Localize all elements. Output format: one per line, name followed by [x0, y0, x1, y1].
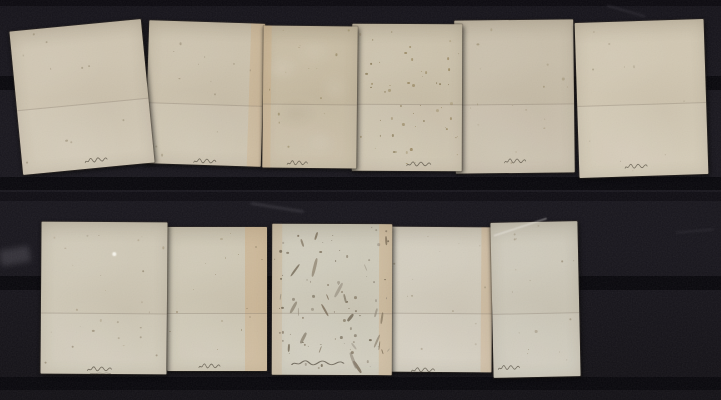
foxing-speck	[343, 294, 347, 303]
foxing-speck	[367, 360, 369, 362]
foxing-speck	[353, 341, 355, 343]
foxing-speck	[519, 332, 520, 333]
foxing-speck	[311, 258, 318, 277]
foxing-speck	[374, 308, 378, 317]
foxing-speck	[283, 242, 285, 244]
foxing-speck	[22, 55, 23, 56]
page-scratch	[250, 202, 304, 213]
foxing-speck	[44, 361, 46, 363]
foxing-speck	[385, 230, 387, 232]
foxing-speck	[335, 54, 337, 56]
foxing-speck	[458, 54, 459, 55]
foxing-speck	[441, 107, 442, 108]
foxing-speck	[348, 308, 350, 310]
page-scratch	[676, 228, 714, 233]
foxing-speck	[72, 346, 74, 348]
foxing-speck	[86, 235, 88, 237]
foxing-speck	[216, 131, 217, 132]
paper-shading	[262, 26, 357, 169]
foxing-speck	[45, 41, 47, 43]
foxing-speck	[366, 277, 367, 278]
foxing-speck	[346, 313, 354, 322]
foxing-speck	[320, 250, 322, 252]
pocket-film-line	[167, 313, 267, 371]
foxing-speck	[304, 363, 307, 366]
foxing-speck	[278, 122, 280, 124]
foxing-speck	[351, 342, 358, 350]
foxing-speck	[327, 284, 329, 286]
foxing-speck	[404, 52, 406, 54]
foxing-speck	[335, 338, 337, 340]
foxing-speck	[477, 43, 480, 46]
foxing-speck	[593, 31, 594, 32]
foxing-speck	[220, 238, 222, 240]
foxing-speck	[338, 284, 339, 285]
foxing-speck	[142, 271, 144, 273]
foxing-speck	[123, 345, 124, 346]
foxing-speck	[238, 254, 239, 255]
foxing-speck	[535, 330, 537, 332]
foxing-speck	[193, 289, 194, 290]
foxing-speck	[99, 235, 100, 236]
foxing-speck	[350, 327, 353, 330]
foxing-speck	[527, 353, 528, 354]
foxing-speck	[371, 83, 373, 85]
paper-shading	[40, 222, 167, 375]
foxing-speck	[407, 82, 410, 85]
foxing-speck	[88, 65, 90, 67]
foxing-speck	[423, 120, 425, 122]
foxing-speck	[282, 331, 284, 333]
foxing-speck	[269, 89, 270, 90]
foxing-speck	[544, 119, 545, 120]
foxing-speck	[141, 302, 143, 304]
foxing-speck	[515, 238, 516, 239]
foxing-speck	[624, 66, 625, 67]
pocket-film-line	[455, 103, 575, 173]
foxing-speck	[230, 233, 231, 234]
foxing-speck	[477, 104, 478, 105]
foxing-speck	[547, 64, 548, 65]
foxing-speck	[287, 252, 290, 255]
foxing-speck	[364, 264, 368, 271]
foxing-speck	[400, 105, 402, 107]
foxing-speck	[389, 89, 391, 91]
foxing-speck	[65, 139, 67, 141]
foxing-speck	[633, 66, 635, 68]
foxing-speck	[411, 148, 412, 149]
foxing-speck	[205, 263, 206, 264]
foxing-speck	[439, 251, 440, 252]
foxing-speck	[513, 234, 515, 236]
paper-shading	[454, 19, 575, 173]
foxing-speck	[122, 119, 124, 121]
foxing-speck	[161, 154, 163, 156]
foxing-speck	[307, 346, 308, 347]
foxing-speck	[402, 123, 405, 126]
foxing-speck	[665, 154, 666, 155]
foxing-speck	[249, 70, 251, 72]
foxing-speck	[92, 330, 94, 332]
foxing-speck	[457, 136, 458, 137]
pencil-expert-mark	[624, 160, 648, 173]
foxing-speck	[346, 256, 348, 258]
foxing-speck	[516, 151, 517, 152]
foxing-speck	[99, 319, 101, 321]
pocket-strip-edge	[0, 377, 721, 390]
foxing-speck	[373, 334, 381, 348]
foxing-speck	[620, 161, 622, 163]
foxing-speck	[407, 296, 408, 297]
foxing-speck	[76, 309, 77, 310]
foxing-speck	[302, 342, 303, 343]
pocket-film-line	[577, 102, 708, 178]
foxing-speck	[409, 46, 411, 48]
stockbook-photo	[0, 0, 721, 400]
foxing-speck	[287, 344, 290, 352]
paper-mottle	[262, 26, 357, 169]
foxing-speck	[312, 295, 315, 298]
foxing-speck	[512, 292, 513, 293]
foxing-speck	[393, 151, 395, 153]
pocket-film-line	[40, 313, 166, 375]
pencil-expert-mark	[290, 357, 346, 369]
foxing-speck	[332, 235, 333, 236]
foxing-speck	[355, 311, 357, 313]
foxing-speck	[449, 117, 452, 120]
paper-crease	[493, 217, 547, 236]
foxing-speck	[378, 243, 381, 246]
foxing-speck	[359, 33, 361, 35]
foxing-speck	[378, 341, 381, 350]
foxing-speck	[162, 247, 165, 250]
foxing-speck	[70, 141, 72, 143]
pencil-expert-mark	[286, 157, 308, 169]
foxing-speck	[214, 93, 216, 95]
foxing-speck	[300, 239, 304, 247]
foxing-speck	[320, 303, 329, 317]
foxing-speck	[320, 97, 322, 99]
foxing-speck	[372, 39, 374, 41]
foxing-speck	[373, 281, 375, 283]
foxing-speck	[279, 294, 281, 300]
foxing-speck	[82, 67, 84, 69]
foxing-speck	[573, 260, 574, 261]
stamp-back-bottom-1	[40, 222, 167, 375]
foxing-speck	[538, 225, 540, 227]
pencil-expert-mark	[504, 155, 527, 167]
foxing-speck	[589, 140, 590, 141]
foxing-speck	[512, 105, 513, 106]
foxing-speck	[411, 295, 413, 297]
foxing-speck	[392, 134, 395, 137]
pocket-film-line	[352, 104, 462, 171]
foxing-speck	[528, 349, 530, 351]
foxing-speck	[318, 367, 320, 369]
pencil-expert-mark	[497, 361, 520, 373]
foxing-speck	[346, 301, 348, 303]
foxing-speck	[683, 100, 685, 102]
foxing-speck	[274, 259, 275, 260]
foxing-speck	[428, 236, 429, 237]
foxing-speck	[370, 366, 371, 367]
page-scratch	[606, 5, 645, 18]
pencil-expert-mark	[198, 360, 221, 372]
stamp-back-bottom-3	[272, 224, 393, 375]
foxing-speck	[475, 344, 477, 346]
foxing-speck	[349, 349, 350, 350]
foxing-speck	[308, 68, 309, 69]
foxing-speck	[326, 294, 329, 300]
foxing-speck	[525, 109, 527, 111]
foxing-speck	[290, 264, 301, 277]
foxing-speck	[337, 281, 340, 284]
foxing-speck	[371, 227, 372, 228]
foxing-speck	[322, 242, 323, 243]
stamp-back-bottom-2	[167, 227, 267, 371]
foxing-speck	[173, 51, 174, 52]
foxing-speck	[292, 298, 295, 301]
foxing-speck	[470, 108, 471, 109]
stamp-back-top-2	[145, 20, 265, 167]
foxing-speck	[100, 275, 101, 276]
foxing-speck	[544, 128, 545, 129]
foxing-speck	[279, 332, 281, 334]
foxing-speck	[302, 317, 304, 319]
foxing-speck	[210, 81, 211, 82]
foxing-speck	[385, 237, 387, 246]
foxing-speck	[450, 103, 453, 106]
foxing-speck	[50, 68, 52, 70]
foxing-speck	[319, 346, 322, 353]
foxing-speck	[380, 120, 381, 121]
foxing-speck	[370, 63, 372, 65]
foxing-speck	[415, 162, 416, 163]
stamp-back-top-4	[352, 24, 463, 171]
foxing-speck	[141, 237, 142, 238]
foxing-speck	[381, 349, 383, 354]
stamp-back-bottom-5	[490, 221, 580, 378]
paper-shading	[384, 227, 492, 373]
foxing-speck	[380, 312, 384, 324]
foxing-speck	[306, 279, 308, 281]
foxing-speck	[344, 343, 345, 344]
paper-shading	[575, 19, 709, 178]
foxing-speck	[241, 329, 242, 330]
foxing-speck	[348, 30, 349, 31]
foxing-speck	[368, 259, 370, 261]
foxing-speck	[422, 76, 423, 77]
foxing-speck	[233, 63, 235, 65]
foxing-speck	[255, 246, 257, 248]
foxing-speck	[412, 278, 413, 279]
foxing-speck	[339, 250, 341, 252]
foxing-speck	[374, 148, 375, 149]
foxing-speck	[458, 243, 459, 244]
foxing-speck	[380, 135, 381, 136]
foxing-speck	[349, 352, 357, 369]
foxing-speck	[567, 86, 568, 87]
foxing-speck	[475, 323, 477, 325]
foxing-speck	[436, 82, 438, 84]
foxing-speck	[384, 90, 386, 92]
foxing-speck	[352, 360, 362, 373]
foxing-speck	[351, 351, 354, 354]
foxing-speck	[609, 43, 610, 44]
foxing-speck	[391, 31, 393, 33]
pocket-film-line	[272, 313, 392, 375]
foxing-speck	[347, 301, 348, 302]
foxing-speck	[65, 248, 66, 249]
foxing-speck	[515, 270, 516, 271]
stamp-back-bottom-4	[384, 227, 492, 373]
foxing-speck	[279, 307, 280, 308]
pocket-strip-edge	[0, 0, 721, 6]
foxing-speck	[320, 344, 322, 346]
foxing-speck	[421, 348, 423, 350]
foxing-speck	[317, 68, 318, 69]
foxing-speck	[299, 332, 307, 344]
foxing-speck	[511, 162, 512, 163]
foxing-speck	[314, 232, 318, 240]
foxing-speck	[340, 336, 343, 339]
pocket-film-line	[384, 313, 491, 373]
foxing-speck	[343, 319, 346, 322]
foxing-speck	[304, 344, 306, 346]
tanned-edge	[262, 26, 271, 168]
foxing-speck	[221, 320, 223, 322]
paper-flaw-dot	[112, 252, 116, 256]
pencil-expert-mark	[84, 153, 109, 167]
pencil-expert-mark	[406, 158, 432, 170]
foxing-speck	[333, 282, 343, 298]
foxing-speck	[452, 310, 454, 312]
foxing-speck	[261, 259, 263, 261]
pocket-film-line	[17, 98, 155, 175]
foxing-speck	[54, 236, 56, 238]
paper-shading	[9, 19, 154, 175]
foxing-speck	[445, 128, 447, 130]
foxing-speck	[448, 84, 449, 85]
paper-shading	[352, 24, 463, 171]
pencil-expert-mark	[193, 155, 217, 168]
foxing-speck	[80, 326, 81, 327]
foxing-speck	[215, 274, 216, 275]
stamp-back-top-5	[454, 19, 575, 173]
foxing-speck	[323, 113, 324, 114]
pencil-expert-mark	[410, 364, 435, 376]
stamp-back-top-1	[9, 19, 154, 175]
foxing-speck	[562, 78, 564, 80]
foxing-speck	[289, 334, 290, 335]
foxing-speck	[387, 240, 390, 243]
foxing-speck	[33, 34, 35, 36]
foxing-speck	[282, 275, 283, 276]
foxing-speck	[425, 71, 428, 74]
foxing-speck	[298, 235, 299, 236]
foxing-speck	[198, 64, 199, 65]
foxing-speck	[140, 336, 142, 338]
foxing-speck	[457, 154, 458, 155]
foxing-speck	[354, 296, 357, 299]
foxing-speck	[285, 72, 286, 73]
pocket-film-line	[262, 104, 357, 169]
foxing-speck	[387, 349, 391, 353]
foxing-speck	[449, 40, 451, 42]
foxing-speck	[354, 334, 357, 337]
foxing-speck	[389, 85, 391, 87]
foxing-speck	[73, 265, 74, 266]
foxing-speck	[310, 281, 312, 283]
stamp-back-top-3	[262, 26, 357, 169]
foxing-speck	[281, 307, 283, 309]
pocket-film-line	[145, 102, 263, 167]
pocket-strip-edge	[0, 177, 721, 190]
foxing-speck	[335, 260, 336, 261]
foxing-speck	[300, 45, 301, 46]
foxing-speck	[246, 308, 248, 310]
foxing-speck	[490, 28, 493, 31]
foxing-speck	[369, 339, 371, 341]
tanned-edge	[272, 224, 283, 375]
foxing-speck	[421, 71, 423, 73]
foxing-speck	[117, 321, 119, 323]
foxing-speck	[341, 291, 343, 293]
foxing-speck	[365, 73, 367, 75]
foxing-speck	[289, 301, 298, 314]
foxing-speck	[412, 113, 413, 114]
foxing-speck	[411, 58, 413, 60]
foxing-speck	[412, 84, 415, 87]
foxing-speck	[140, 327, 142, 329]
foxing-speck	[179, 78, 180, 79]
foxing-speck	[444, 127, 445, 128]
foxing-speck	[279, 250, 282, 253]
foxing-speck	[105, 290, 107, 292]
foxing-speck	[559, 352, 560, 353]
foxing-speck	[405, 151, 408, 154]
foxing-speck	[447, 58, 449, 60]
foxing-speck	[277, 113, 279, 115]
pencil-expert-mark	[86, 363, 112, 375]
foxing-speck	[562, 260, 564, 262]
foxing-speck	[225, 257, 227, 259]
foxing-speck	[137, 239, 139, 241]
foxing-speck	[379, 62, 380, 63]
foxing-speck	[298, 307, 300, 315]
foxing-speck	[51, 332, 52, 333]
foxing-speck	[514, 238, 516, 240]
foxing-speck	[155, 145, 157, 147]
paper-shading	[490, 221, 580, 378]
foxing-speck	[26, 161, 28, 163]
foxing-speck	[566, 359, 567, 360]
foxing-speck	[592, 68, 594, 70]
foxing-speck	[311, 308, 314, 311]
foxing-speck	[217, 349, 218, 350]
foxing-speck	[359, 315, 360, 316]
foxing-speck	[288, 352, 290, 354]
foxing-speck	[436, 110, 439, 113]
foxing-speck	[331, 240, 332, 241]
foxing-speck	[420, 105, 421, 106]
foxing-speck	[385, 279, 386, 280]
pocket-strip-edge	[0, 192, 721, 201]
foxing-speck	[375, 299, 378, 302]
foxing-speck	[169, 331, 170, 332]
foxing-speck	[334, 311, 336, 313]
tanned-edge	[379, 224, 393, 375]
